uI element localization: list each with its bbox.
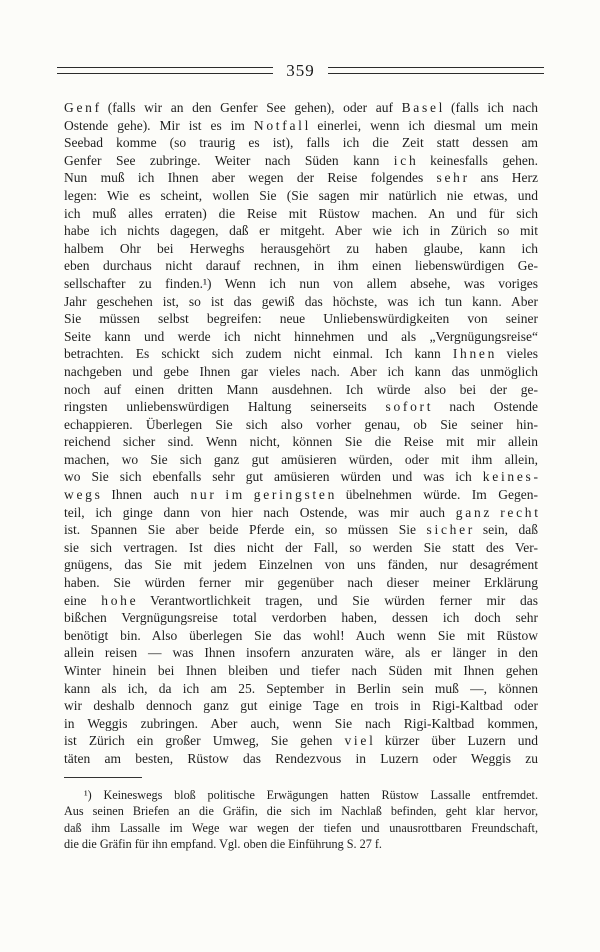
text-line: Genfer See zubringe. Weiter nach Süden k… (64, 152, 538, 170)
text-line: ist. Spannen Sie aber beide Pferde ein, … (64, 521, 538, 539)
text-line: nachgeben und gebe Ihnen gar vieles nach… (64, 363, 538, 381)
footnote-line: Aus seinen Briefen an die Gräfin, die si… (64, 803, 538, 819)
text-line: ist Zürich ein großer Umweg, Sie gehen v… (64, 732, 538, 750)
text-line: allein reisen — was Ihnen insofern anzur… (64, 644, 538, 662)
text-line: ich muß alles erraten) die Reise mit Rüs… (64, 205, 538, 223)
text-line: eben durchaus nicht darauf rechnen, in i… (64, 257, 538, 275)
text-line: Winter hinein bei Ihnen bleiben und tief… (64, 662, 538, 680)
body-text: G e n f (falls wir an den Genfer See geh… (64, 99, 538, 768)
text-line: bißchen Vergnügungsreise total verdorben… (64, 609, 538, 627)
text-line: w e g s Ihnen auch n u r i m g e r i n g… (64, 486, 538, 504)
text-line: Sie müssen selbst begreifen: neue Unlieb… (64, 310, 538, 328)
text-line: haben. Sie würden ferner mir gegenüber n… (64, 574, 538, 592)
text-line: eine h o h e Verantwortlichkeit tragen, … (64, 592, 538, 610)
footnote-line: daß ihm Lassalle im Wege war wegen der t… (64, 820, 538, 836)
text-line: echappieren. Überlegen Sie sich also vor… (64, 416, 538, 434)
header-rule-left (57, 67, 273, 74)
text-line: legen: Wie es scheint, wollen Sie (Sie s… (64, 187, 538, 205)
footnote-line: die die Gräfin für ihn empfand. Vgl. obe… (64, 836, 538, 852)
text-line: machen, wo Sie sich ganz gut amüsieren w… (64, 451, 538, 469)
text-line: Nun muß ich Ihnen aber wegen der Reise f… (64, 169, 538, 187)
text-line: gnügens, das Sie mit jedem Einzelnen von… (64, 556, 538, 574)
text-line: Ostende gehe). Mir ist es im N o t f a l… (64, 117, 538, 135)
header-rule-right (328, 67, 544, 74)
text-line: betrachten. Es schickt sich zudem nicht … (64, 345, 538, 363)
text-line: täten am besten, Rüstow das Rendezvous i… (64, 750, 538, 768)
text-line: benötigt bin. Also überlegen Sie das woh… (64, 627, 538, 645)
text-line: wir deshalb dennoch ganz gut einige Tage… (64, 697, 538, 715)
text-line: in Weggis zubringen. Aber auch, wenn Sie… (64, 715, 538, 733)
footnote-line: ¹) Keineswegs bloß politische Erwägungen… (64, 787, 538, 803)
text-line: G e n f (falls wir an den Genfer See geh… (64, 99, 538, 117)
text-line: teil, ich ginge dann von hier nach Osten… (64, 504, 538, 522)
footnote: ¹) Keineswegs bloß politische Erwägungen… (64, 787, 538, 852)
page-header: 359 (57, 62, 544, 79)
text-line: halbem Ohr bei Herweghs herausgehört zu … (64, 240, 538, 258)
text-line: reichend sicher sind. Wenn nicht, können… (64, 433, 538, 451)
text-line: Jahr geschehen ist, so ist das gewiß das… (64, 293, 538, 311)
text-line: ringsten unliebenswürdigen Haltung seine… (64, 398, 538, 416)
text-line: noch auf einen dritten Mann ausdehnen. I… (64, 381, 538, 399)
text-line: kann als ich, da ich am 25. September in… (64, 680, 538, 698)
text-line: wo Sie sich ebenfalls sehr gut amüsieren… (64, 468, 538, 486)
text-line: habe ich nichts dagegen, daß er mitgeht.… (64, 222, 538, 240)
text-line: sellschafter zu finden.¹) Wenn ich nun v… (64, 275, 538, 293)
text-line: sie sich vertragen. Ist dies nicht der F… (64, 539, 538, 557)
footnote-separator (64, 777, 142, 778)
text-line: Seite kann und werde ich nicht hinnehmen… (64, 328, 538, 346)
page-number: 359 (286, 62, 315, 79)
text-line: Seebad komme (so traurig es ist), falls … (64, 134, 538, 152)
book-page: 359 G e n f (falls wir an den Genfer See… (0, 0, 600, 952)
